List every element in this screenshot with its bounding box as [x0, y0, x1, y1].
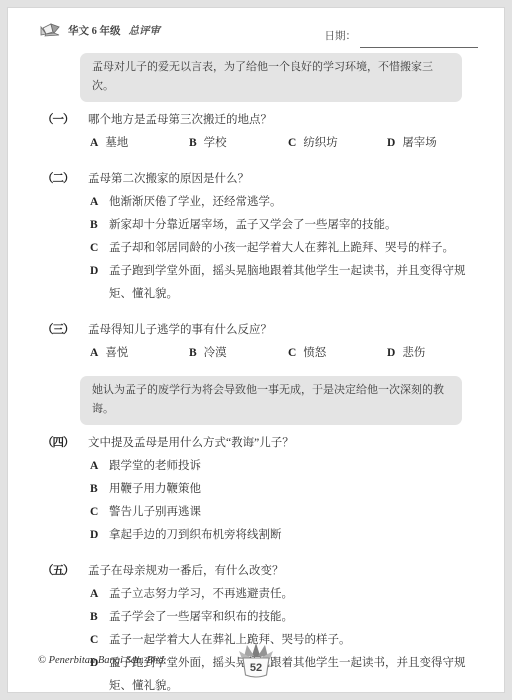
option-letter: C	[90, 629, 109, 652]
option-text: 用鞭子用力鞭策他	[109, 478, 478, 501]
option-text: 纺织坊	[303, 137, 338, 149]
option-a: A孟子立志努力学习，不再逃避责任。	[90, 583, 478, 606]
option-c: C愤怒	[288, 342, 387, 365]
option-c: C孟子却和邻居同龄的小孩一起学着大人在葬礼上跪拜、哭号的样子。	[90, 237, 478, 260]
page-header: 华文 6 年级 总评审 日期：	[38, 21, 478, 43]
question-stem: 哪个地方是孟母第三次搬迁的地点？	[88, 109, 478, 132]
option-text: 他渐渐厌倦了学业，还经常逃学。	[109, 191, 478, 214]
question-number: （二）	[42, 168, 88, 191]
option-letter: D	[90, 524, 109, 547]
date-blank-line[interactable]	[360, 35, 478, 48]
question-number: （五）	[42, 560, 88, 583]
option-letter: B	[90, 606, 109, 629]
option-b: B冷漠	[189, 342, 288, 365]
option-text: 孟子学会了一些屠宰和织布的技能。	[109, 606, 478, 629]
question-stem: 文中提及孟母是用什么方式“教诲”儿子？	[88, 432, 478, 455]
question-stem: 孟母第二次搬家的原因是什么？	[88, 168, 478, 191]
question-stem: 孟子在母亲规劝一番后，有什么改变？	[88, 560, 478, 583]
option-letter: C	[288, 132, 296, 155]
option-c: C警告儿子别再逃课	[90, 501, 478, 524]
option-letter: D	[90, 260, 109, 306]
option-text: 跟学堂的老师投诉	[109, 455, 478, 478]
option-letter: A	[90, 455, 109, 478]
potted-leaves-icon: 52	[236, 642, 276, 680]
copyright-text: © Penerbitan Bangi Sdn. Bhd.	[38, 655, 166, 666]
question-2-stem-row: （二） 孟母第二次搬家的原因是什么？	[38, 168, 478, 191]
option-d: D悲伤	[387, 342, 425, 365]
header-left: 华文 6 年级 总评审	[38, 21, 160, 43]
option-c: C纺织坊	[288, 132, 387, 155]
option-text: 警告儿子别再逃课	[109, 501, 478, 524]
option-letter: B	[189, 342, 197, 365]
intro-passage-box: 孟母对儿子的爱无以言表，为了给他一个良好的学习环境，不惜搬家三次。	[80, 53, 462, 102]
option-letter: D	[387, 342, 395, 365]
question-number: （四）	[42, 432, 88, 455]
series-label: 总评审	[129, 25, 161, 39]
worksheet-page: 华文 6 年级 总评审 日期： 孟母对儿子的爱无以言表，为了给他一个良好的学习环…	[7, 7, 505, 693]
option-a: A墓地	[90, 132, 189, 155]
question-number: （三）	[42, 319, 88, 342]
option-text: 拿起手边的刀到织布机旁将线割断	[109, 524, 478, 547]
option-text: 孟子跑到学堂外面，摇头晃脑地跟着其他学生一起读书，并且变得守规矩、懂礼貌。	[109, 260, 478, 306]
page-number-badge: 52	[236, 642, 276, 680]
question-1: （一） 哪个地方是孟母第三次搬迁的地点？ A墓地 B学校 C纺织坊 D屠宰场	[38, 109, 478, 155]
option-d: D孟子跑到学堂外面，摇头晃脑地跟着其他学生一起读书，并且变得守规矩、懂礼貌。	[90, 260, 478, 306]
date-label: 日期：	[325, 25, 357, 48]
option-text: 孟子一起学着大人在葬礼上跪拜、哭号的样子。	[109, 629, 478, 652]
page-content: 华文 6 年级 总评审 日期： 孟母对儿子的爱无以言表，为了给他一个良好的学习环…	[8, 8, 504, 693]
option-text: 新家却十分靠近屠宰场，孟子又学会了一些屠宰的技能。	[109, 214, 478, 237]
page-number: 52	[250, 662, 262, 674]
option-letter: D	[387, 132, 395, 155]
course-label: 华文 6 年级	[68, 25, 121, 39]
question-2: （二） 孟母第二次搬家的原因是什么？ A他渐渐厌倦了学业，还经常逃学。 B新家却…	[38, 168, 478, 306]
question-3-options: A喜悦 B冷漠 C愤怒 D悲伤	[90, 342, 478, 365]
question-stem: 孟母得知儿子逃学的事有什么反应？	[88, 319, 478, 342]
option-text: 悲伤	[402, 347, 425, 359]
option-letter: B	[90, 214, 109, 237]
option-text: 学校	[204, 137, 227, 149]
option-text: 孟子却和邻居同龄的小孩一起学着大人在葬礼上跪拜、哭号的样子。	[109, 237, 478, 260]
open-book-icon	[38, 21, 62, 43]
question-4: （四） 文中提及孟母是用什么方式“教诲”儿子？ A跟学堂的老师投诉 B用鞭子用力…	[38, 432, 478, 547]
option-letter: A	[90, 583, 109, 606]
question-1-options: A墓地 B学校 C纺织坊 D屠宰场	[90, 132, 478, 155]
option-d: D拿起手边的刀到织布机旁将线割断	[90, 524, 478, 547]
option-c: C孟子一起学着大人在葬礼上跪拜、哭号的样子。	[90, 629, 478, 652]
question-5-stem-row: （五） 孟子在母亲规劝一番后，有什么改变？	[38, 560, 478, 583]
option-text: 墓地	[105, 137, 128, 149]
header-right: 日期：	[325, 21, 479, 48]
option-a: A跟学堂的老师投诉	[90, 455, 478, 478]
question-1-stem-row: （一） 哪个地方是孟母第三次搬迁的地点？	[38, 109, 478, 132]
option-text: 冷漠	[204, 347, 227, 359]
option-letter: C	[288, 342, 296, 365]
option-letter: A	[90, 191, 109, 214]
option-letter: A	[90, 132, 98, 155]
option-d: D屠宰场	[387, 132, 437, 155]
option-letter: B	[90, 478, 109, 501]
option-text: 孟子立志努力学习，不再逃避责任。	[109, 583, 478, 606]
option-text: 屠宰场	[402, 137, 437, 149]
option-letter: A	[90, 342, 98, 365]
option-b: B用鞭子用力鞭策他	[90, 478, 478, 501]
question-3: （三） 孟母得知儿子逃学的事有什么反应？ A喜悦 B冷漠 C愤怒 D悲伤	[38, 319, 478, 365]
option-letter: C	[90, 237, 109, 260]
mid-passage-box: 她认为孟子的废学行为将会导致他一事无成，于是决定给他一次深刻的教诲。	[80, 376, 462, 425]
option-b: B学校	[189, 132, 288, 155]
question-3-stem-row: （三） 孟母得知儿子逃学的事有什么反应？	[38, 319, 478, 342]
option-b: B新家却十分靠近屠宰场，孟子又学会了一些屠宰的技能。	[90, 214, 478, 237]
option-letter: C	[90, 501, 109, 524]
question-4-stem-row: （四） 文中提及孟母是用什么方式“教诲”儿子？	[38, 432, 478, 455]
question-number: （一）	[42, 109, 88, 132]
option-text: 愤怒	[303, 347, 326, 359]
option-a: A他渐渐厌倦了学业，还经常逃学。	[90, 191, 478, 214]
option-a: A喜悦	[90, 342, 189, 365]
option-b: B孟子学会了一些屠宰和织布的技能。	[90, 606, 478, 629]
option-letter: B	[189, 132, 197, 155]
option-text: 喜悦	[105, 347, 128, 359]
